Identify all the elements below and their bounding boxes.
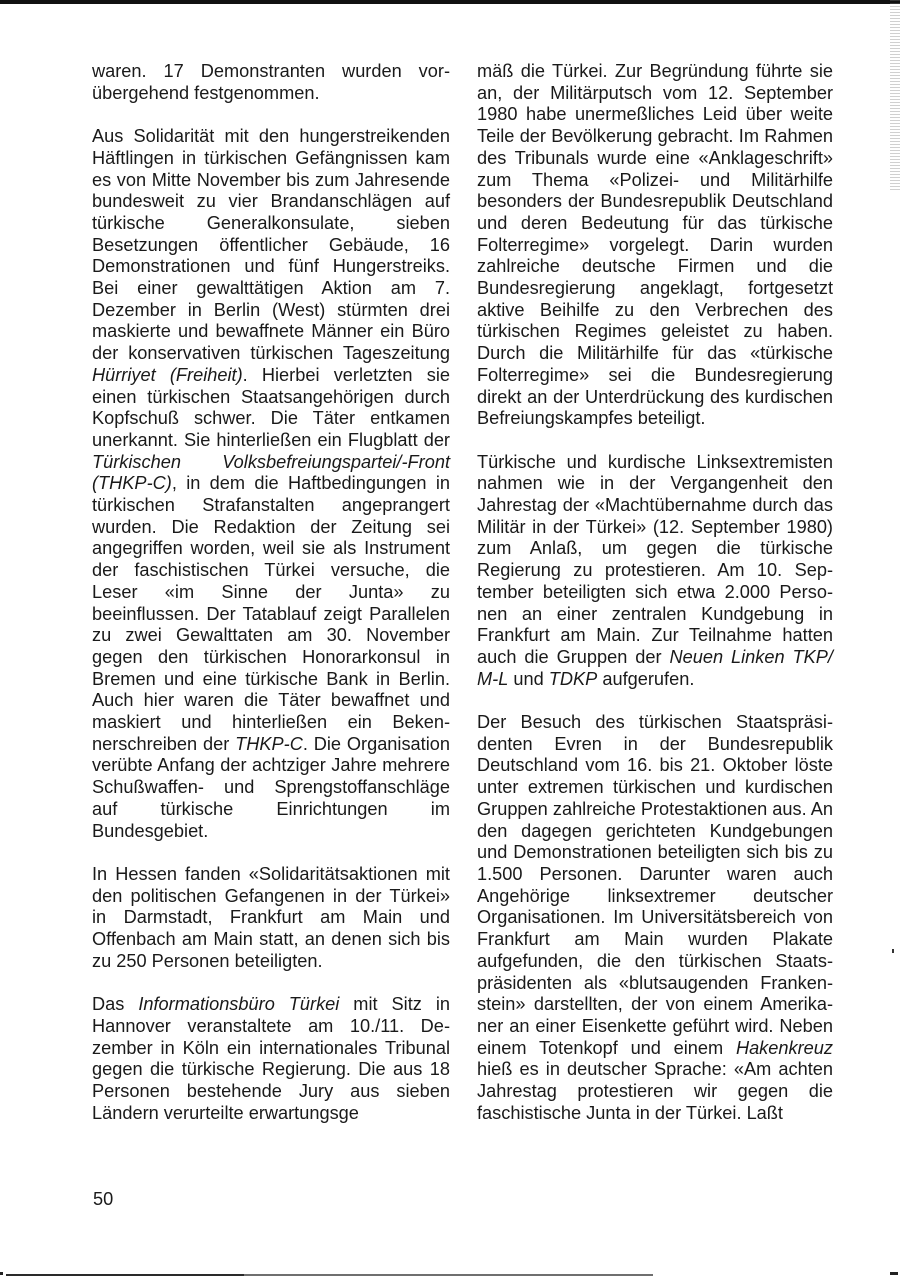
scan-top-border bbox=[0, 0, 900, 4]
italic-text: THKP-C bbox=[235, 734, 303, 754]
paragraph: Aus Solidarität mit den hungerstreikende… bbox=[92, 126, 450, 842]
text-run: hieß es in deutscher Sprache: «Am achten… bbox=[477, 1059, 833, 1122]
text-run: aufgerufen. bbox=[597, 669, 694, 689]
paragraph: Das Informationsbüro Türkei mit Sitz in … bbox=[92, 994, 450, 1124]
text-run: Der Besuch des türkischen Staatspräsi­de… bbox=[477, 712, 833, 1058]
text-run: und bbox=[508, 669, 548, 689]
right-text-column: mäß die Türkei. Zur Begründung führte si… bbox=[477, 61, 833, 1124]
scan-speck bbox=[892, 949, 894, 953]
italic-text: Hürriyet (Freiheit) bbox=[92, 365, 243, 385]
text-run: In Hessen fanden «Solidaritätsaktionen m… bbox=[92, 864, 450, 971]
left-text-column: waren. 17 Demonstranten wurden vor­überg… bbox=[92, 61, 450, 1124]
page-number: 50 bbox=[93, 1188, 113, 1210]
paragraph: Türkische und kurdische Linksextremisten… bbox=[477, 452, 833, 691]
paragraph: mäß die Türkei. Zur Begründung führte si… bbox=[477, 61, 833, 430]
text-run: Das bbox=[92, 994, 138, 1014]
text-run: Türkische und kurdische Linksextremisten… bbox=[477, 452, 833, 667]
italic-text: Informationsbüro Türkei bbox=[138, 994, 339, 1014]
paragraph: waren. 17 Demonstranten wurden vor­überg… bbox=[92, 61, 450, 104]
text-run: Aus Solidarität mit den hungerstreikende… bbox=[92, 126, 450, 363]
text-run: mäß die Türkei. Zur Begründung führte si… bbox=[477, 61, 833, 428]
paragraph: In Hessen fanden «Solidaritätsaktionen m… bbox=[92, 864, 450, 973]
scan-edge-artifact bbox=[890, 0, 900, 190]
text-run: , in dem die Haftbe­dingungen in türkisc… bbox=[92, 473, 450, 753]
scan-corner-mark bbox=[890, 1272, 898, 1275]
italic-text: Haken­kreuz bbox=[736, 1038, 833, 1058]
scan-corner-mark bbox=[0, 1272, 3, 1275]
paragraph: Der Besuch des türkischen Staatspräsi­de… bbox=[477, 712, 833, 1124]
italic-text: TDKP bbox=[549, 669, 598, 689]
text-run: waren. 17 Demonstranten wurden vor­überg… bbox=[92, 61, 450, 103]
